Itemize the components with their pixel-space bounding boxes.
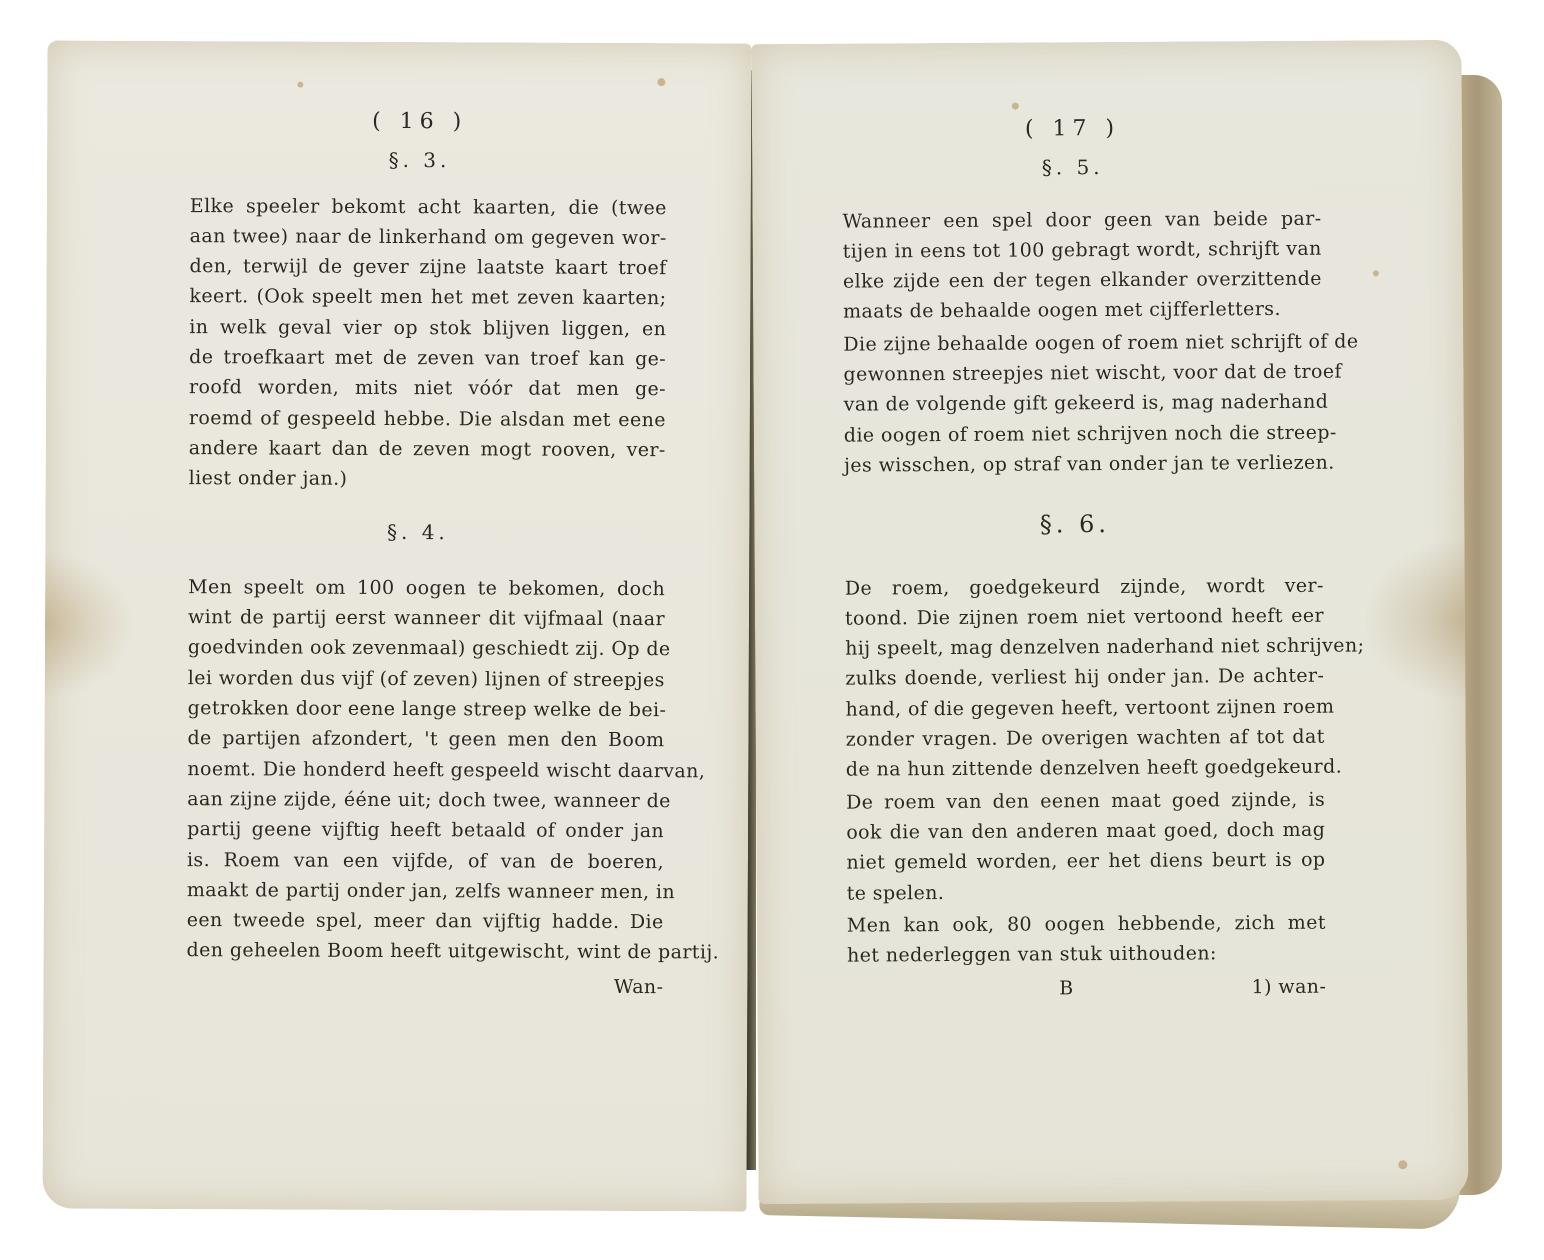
text-line: roemd of gespeeld hebbe. Die alsdan met …: [171, 403, 666, 435]
page-number: ( 16 ): [172, 106, 667, 138]
signature-mark: B: [829, 974, 1074, 1006]
text-line: andere kaart dan de zeven mogt rooven, v…: [171, 433, 666, 465]
text-line: niet gemeld worden, eer het diens beurt …: [828, 845, 1325, 878]
page-number: ( 17 ): [824, 113, 1321, 146]
paragraph: De roem, goedgekeurd zijnde, wordt ver- …: [827, 570, 1325, 785]
open-book: ( 16 ) §. 3. Elke speeler bekomt acht ka…: [0, 0, 1544, 1260]
left-page: ( 16 ) §. 3. Elke speeler bekomt acht ka…: [42, 40, 751, 1211]
paragraph: Men kan ook, 80 oogen hebbende, zich met…: [829, 908, 1326, 972]
paragraph: De roem van den eenen maat goed zijnde, …: [828, 784, 1326, 908]
paragraph: Wanneer een spel door geen van beide par…: [824, 203, 1322, 327]
text-line: Men kan ook, 80 oogen hebbende, zich met: [829, 908, 1326, 941]
text-line: in welk geval vier op stok blijven ligge…: [171, 312, 666, 344]
text-line: liest onder jan.): [171, 463, 666, 495]
text-line: elke zijde een der tegen elkander overzi…: [825, 264, 1322, 297]
foxing-spot: [1373, 270, 1379, 276]
text-line: Die zijne behaalde oogen of roem niet sc…: [825, 326, 1322, 359]
text-line: een tweede spel, meer dan vijftig hadde.…: [169, 905, 664, 937]
catchword: 1) wan-: [1252, 972, 1327, 1003]
text-line: goedvinden ook zevenmaal) geschiedt zij.…: [170, 632, 665, 664]
paragraph: Die zijne behaalde oogen of roem niet sc…: [825, 326, 1323, 481]
text-line: ook die van den anderen maat goed, doch …: [828, 815, 1325, 848]
text-line: de troefkaart met de zeven van troef kan…: [171, 342, 666, 374]
section-heading: §. 6.: [826, 508, 1323, 541]
text-line: roofd worden, mits niet vóór dat men ge-: [171, 372, 666, 404]
paragraph: Men speelt om 100 oogen te bekomen, doch…: [169, 572, 666, 968]
right-page: ( 17 ) §. 5. Wanneer een spel door geen …: [751, 40, 1468, 1204]
text-line: tijen in eens tot 100 gebragt wordt, sch…: [825, 234, 1322, 267]
text-line: Wanneer een spel door geen van beide par…: [824, 203, 1321, 236]
paragraph: Elke speeler bekomt acht kaarten, die (t…: [171, 191, 667, 496]
section-heading: §. 5.: [824, 151, 1321, 184]
text-line: is. Roem van een vijfde, of van de boere…: [169, 845, 664, 877]
text-line: die oogen of roem niet schrijven noch di…: [826, 417, 1323, 450]
text-line: maakt de partij onder jan, zelfs wanneer…: [169, 875, 664, 907]
text-line: gewonnen streepjes niet wischt, voor dat…: [825, 357, 1322, 390]
text-line: de na hun zittende denzelven heeft goedg…: [828, 752, 1325, 785]
text-line: hij speelt, mag denzelven naderhand niet…: [827, 631, 1324, 664]
text-line: partij geene vijftig heeft betaald of on…: [169, 814, 664, 846]
text-line: jes wisschen, op straf van onder jan te …: [826, 448, 1323, 481]
text-line: hand, of die gegeven heeft, vertoont zij…: [827, 691, 1324, 724]
foxing-spot: [1012, 103, 1019, 110]
catchword: Wan-: [614, 972, 664, 1003]
text-line: den geheelen Boom heeft uitgewischt, win…: [169, 935, 664, 967]
text-line: getrokken door eene lange streep welke d…: [170, 693, 665, 725]
foxing-spot: [657, 78, 665, 86]
text-line: te spelen.: [829, 875, 1326, 908]
text-line: aan twee) naar de linkerhand om gegeven …: [172, 221, 667, 253]
right-page-text: ( 17 ) §. 5. Wanneer een spel door geen …: [824, 113, 1326, 1006]
text-line: den, terwijl de gever zijne laatste kaar…: [172, 251, 667, 283]
text-line: aan zijne zijde, ééne uit; doch twee, wa…: [169, 784, 664, 816]
text-line: de partijen afzondert, 't geen men den B…: [169, 723, 664, 755]
left-page-text: ( 16 ) §. 3. Elke speeler bekomt acht ka…: [168, 106, 667, 1002]
text-line: De roem van den eenen maat goed zijnde, …: [828, 784, 1325, 817]
text-line: het nederleggen van stuk uithouden:: [829, 938, 1326, 971]
text-line: zonder vragen. De overigen wachten af to…: [828, 722, 1325, 755]
catchword-row: Wan-: [168, 970, 663, 1002]
text-line: wint de partij eerst wanneer dit vijfmaa…: [170, 602, 665, 634]
text-line: Men speelt om 100 oogen te bekomen, doch: [170, 572, 665, 604]
text-line: De roem, goedgekeurd zijnde, wordt ver-: [827, 570, 1324, 603]
text-line: van de volgende gift gekeerd is, mag nad…: [826, 387, 1323, 420]
text-line: Elke speeler bekomt acht kaarten, die (t…: [172, 191, 667, 223]
section-heading: §. 3.: [172, 144, 667, 176]
foxing-spot: [1398, 1160, 1407, 1169]
text-line: noemt. Die honderd heeft gespeeld wischt…: [169, 754, 664, 786]
text-line: maats de behaalde oogen met cijfferlette…: [825, 294, 1322, 327]
text-line: zulks doende, verliest hij onder jan. De…: [827, 661, 1324, 694]
text-line: toond. Die zijnen roem niet vertoond hee…: [827, 601, 1324, 634]
catchword-row: B 1) wan-: [829, 972, 1326, 1005]
foxing-spot: [297, 82, 303, 88]
section-heading: §. 4.: [170, 516, 665, 548]
text-line: keert. (Ook speelt men het met zeven kaa…: [171, 281, 666, 313]
text-line: lei worden dus vijf (of zeven) lijnen of…: [170, 663, 665, 695]
